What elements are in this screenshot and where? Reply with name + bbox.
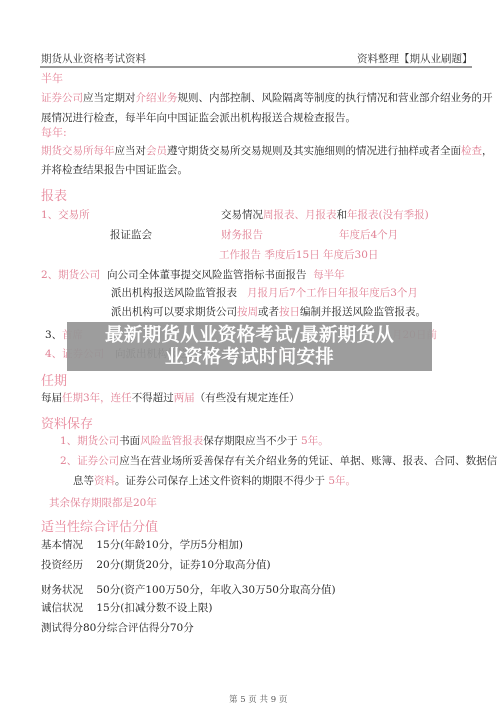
suitability-row-label: 基本情况 <box>41 539 83 551</box>
page-indicator: 第 5 页 共 9 页 <box>229 693 287 705</box>
text: 不得超过 <box>132 392 174 404</box>
half-year-paragraph-line2: 展情况进行检查，每半年向中国证监会派出机构报送合规检查报告。 <box>41 111 356 125</box>
text: 每届 <box>41 392 62 404</box>
suitability-row: 投资经历 20分(期货20分，证券10分取高分值) <box>41 558 271 572</box>
reports-item1-sub-label: 报证监会 <box>110 228 152 242</box>
text-red: 每半年 <box>313 269 345 281</box>
text-red: 风险监管报表 <box>140 435 203 447</box>
text: 派出机构可以要求期货公司 <box>111 306 237 318</box>
text-red: 5年。 <box>301 435 329 447</box>
text-red: 资料 <box>94 475 115 487</box>
text-red: 周报表、月报表 <box>263 209 337 221</box>
half-year-paragraph-line1: 证券公司应当定期对介绍业务规则、内部控制、风险隔离等制度的执行情况和营业部介绍业… <box>41 91 493 105</box>
text-red: 检查 <box>461 145 482 157</box>
text: 规则、内部控制、风险隔离等制度的执行情况和营业部介绍业务的开 <box>178 92 493 104</box>
text-red: 1、 <box>60 435 77 447</box>
every-year-paragraph-line1: 期货交易所每年应当对会员遵守期货交易所交易规则及其实施细则的情况进行抽样或者全面… <box>41 144 493 158</box>
overlay-title-line1: 最新期货从业资格考试/最新期货从 <box>105 325 394 347</box>
suitability-row-label: 财务状况 <box>41 584 83 596</box>
reports-item1-desc: 交易情况周报表、月报表和年报表(没有季报) <box>221 208 429 222</box>
document-page: 期货从业资格考试资料 资料整理【期从业刷题】 半年 证券公司应当定期对介绍业务规… <box>0 0 500 707</box>
text-red: 证券公司 <box>77 455 119 467</box>
section-heading-reports: 报表 <box>41 185 67 204</box>
text: 和 <box>337 209 348 221</box>
text-red: 证券公司 <box>41 92 83 104</box>
text-red: 年报表(没有季报) <box>347 209 429 221</box>
section-heading-retention: 资料保存 <box>41 413 93 432</box>
text: 。证券公司保存上述文件资料的期限不得少于 <box>115 475 325 487</box>
retention-item2-line2: 息等资料。证券公司保存上述文件资料的期限不得少于 5年。 <box>73 474 356 488</box>
text: 书面 <box>119 435 140 447</box>
reports-item1-label: 1、交易所 <box>41 208 90 222</box>
header-divider <box>40 66 472 68</box>
text: ， <box>482 145 493 157</box>
text: （有些没有规定连任） <box>195 392 300 404</box>
text-red: 任期3年，连任 <box>62 392 132 404</box>
text: 息等 <box>73 475 94 487</box>
overlay-title-line2: 业资格考试时间安排 <box>165 347 334 369</box>
text-red: 介绍业务 <box>136 92 178 104</box>
text-red: 期货交易所每年 <box>41 145 115 157</box>
suitability-row-value: 20分(期货20分，证券10分取高分值) <box>96 559 270 571</box>
text: 编制并报送风险监管报表。 <box>300 306 426 318</box>
title-overlay-banner[interactable]: 最新期货从业资格考试/最新期货从 业资格考试时间安排 <box>67 322 432 371</box>
suitability-row: 基本情况 15分(年龄10分，学历5分相加) <box>41 538 243 552</box>
suitability-row-value: 50分(资产100万50分，年收入30万50分取高分值) <box>96 584 335 596</box>
section-heading-every-year: 每年: <box>41 124 67 140</box>
section-heading-suitability: 适当性综合评估分值 <box>41 516 158 535</box>
text-red: 5年。 <box>328 475 356 487</box>
text: 保存期限应当不少于 <box>203 435 298 447</box>
text-red: 月报月后7个工作日年报年度后3个月 <box>247 287 418 299</box>
reports-item2-label: 2、期货公司 <box>41 268 100 282</box>
text-red: 会员 <box>146 145 167 157</box>
reports-item1-work-report: 工作报告 季度后15日 年度后30日 <box>219 248 378 262</box>
text-red: 期货公司 <box>77 435 119 447</box>
text-red: 按日 <box>279 306 300 318</box>
suitability-row-value: 15分(扣减分数不设上限) <box>96 602 212 614</box>
retention-note: 其余保存期限都是20年 <box>49 496 157 510</box>
reports-item1-financial-deadline: 年度后4个月 <box>339 228 398 242</box>
reports-item2-line3: 派出机构可以要求期货公司按周或者按日编制并报送风险监管报表。 <box>111 305 426 319</box>
reports-item2-desc: 向公司全体董事提交风险监管指标书面报告 每半年 <box>107 268 345 282</box>
text: 向公司全体董事提交风险监管指标书面报告 <box>107 269 307 281</box>
suitability-summary: 测试得分80分综合评估得分70分 <box>41 621 194 635</box>
suitability-row: 诚信状况 15分(扣减分数不设上限) <box>41 601 212 615</box>
text: 应当在营业场所妥善保存有关介绍业务的凭证、单据、账簿、报表、合同、数据信 <box>119 455 497 467</box>
suitability-row-label: 诚信状况 <box>41 602 83 614</box>
text-red: 2、 <box>60 455 77 467</box>
header-right-title: 资料整理【期从业刷题】 <box>357 51 473 66</box>
term-paragraph: 每届任期3年，连任不得超过两届（有些没有规定连任） <box>41 391 300 405</box>
text: 派出机构报送风险监管报表 <box>111 287 237 299</box>
text-red: 按周 <box>237 306 258 318</box>
every-year-paragraph-line2: 并将检查结果报告中国证监会。 <box>41 163 188 177</box>
text-red: 两届 <box>174 392 195 404</box>
suitability-row-value: 15分(年龄10分，学历5分相加) <box>96 539 243 551</box>
section-heading-half-year: 半年 <box>41 70 63 86</box>
text: 或者 <box>258 306 279 318</box>
reports-item2-line2: 派出机构报送风险监管报表 月报月后7个工作日年报年度后3个月 <box>111 286 418 300</box>
retention-item2-line1: 2、证券公司应当在营业场所妥善保存有关介绍业务的凭证、单据、账簿、报表、合同、数… <box>60 454 497 468</box>
suitability-row-label: 投资经历 <box>41 559 83 571</box>
text: 遵守期货交易所交易规则及其实施细则的情况进行抽样或者全面 <box>167 145 461 157</box>
text: 应当定期对 <box>83 92 136 104</box>
text: 应当对 <box>115 145 147 157</box>
retention-item1: 1、期货公司书面风险监管报表保存期限应当不少于 5年。 <box>60 434 329 448</box>
reports-item3-num: 3、 <box>45 328 62 342</box>
suitability-row: 财务状况 50分(资产100万50分，年收入30万50分取高分值) <box>41 583 336 597</box>
reports-item1-financial: 财务报告 <box>221 228 263 242</box>
header-left-title: 期货从业资格考试资料 <box>41 51 146 66</box>
text: 交易情况 <box>221 209 263 221</box>
section-heading-term: 任期 <box>41 370 67 389</box>
